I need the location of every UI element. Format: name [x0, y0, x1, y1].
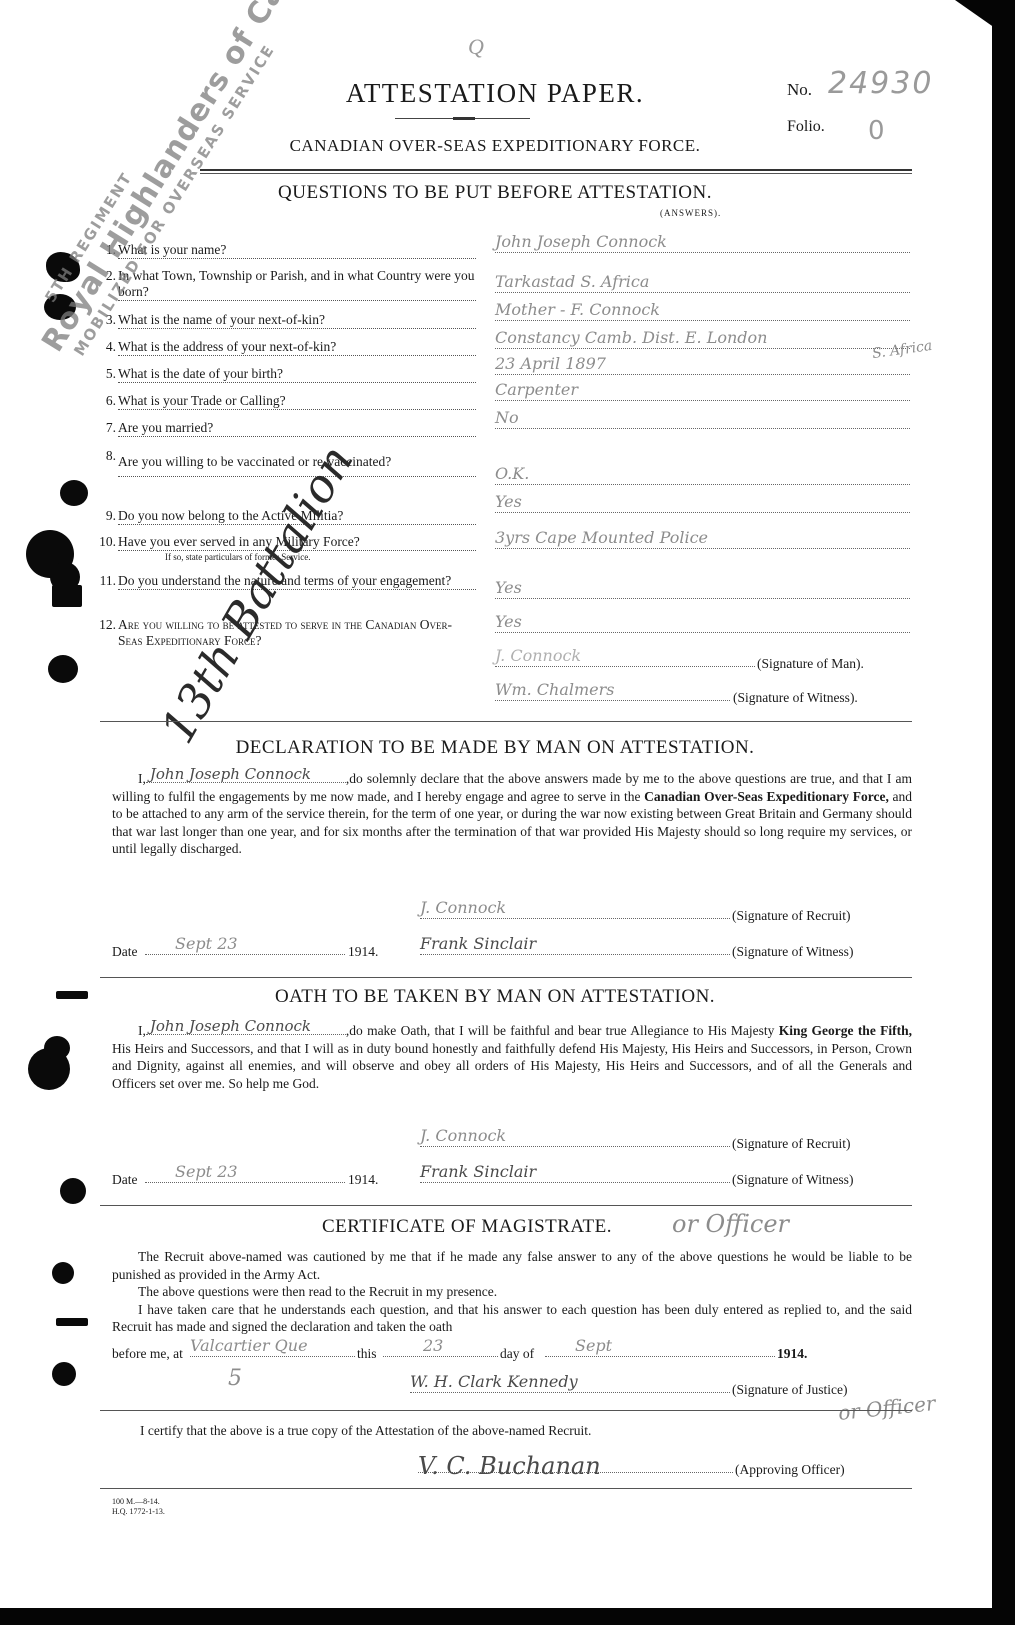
month-field[interactable]: Sept	[545, 1336, 775, 1357]
signature-of-witness-field[interactable]: Wm. Chalmers	[495, 680, 730, 701]
declaration-year: 1914.	[348, 944, 378, 960]
header-divider-thin	[200, 173, 912, 174]
declaration-section-title: DECLARATION TO BE MADE BY MAN ON ATTESTA…	[0, 737, 990, 759]
punch-hole	[46, 252, 80, 282]
answers-column-header: (ANSWERS).	[660, 208, 721, 218]
declaration-date-label: Date	[112, 944, 137, 960]
punch-hole	[44, 294, 76, 320]
day-field[interactable]: 23	[383, 1336, 498, 1357]
section-divider	[100, 977, 912, 978]
signature-of-man-field[interactable]: J. Connock	[495, 646, 755, 667]
certificate-year: 1914.	[777, 1346, 807, 1362]
punch-hole	[52, 1262, 74, 1284]
certificate-title-annotation: or Officer	[672, 1210, 789, 1238]
this-label: this	[357, 1346, 377, 1362]
declaration-date-field[interactable]: Sept 23	[145, 934, 345, 955]
certificate-section-title: CERTIFICATE OF MAGISTRATE.	[322, 1216, 612, 1238]
before-me-label: before me, at	[112, 1346, 183, 1362]
form-code: 100 M.—8-14. H.Q. 1772-1-13.	[112, 1497, 165, 1517]
oath-recruit-signature-field[interactable]: J. Connock	[420, 1126, 730, 1147]
header-divider	[200, 169, 912, 171]
corner-annotation: Q	[468, 34, 484, 60]
punch-hole	[60, 480, 88, 506]
answer-1-field[interactable]: John Joseph Connock	[495, 232, 910, 253]
answer-11-field[interactable]: Yes	[495, 578, 910, 599]
signature-of-witness-label: (Signature of Witness).	[733, 690, 858, 706]
declaration-witness-signature-field[interactable]: Frank Sinclair	[420, 934, 730, 955]
approving-officer-label: (Approving Officer)	[735, 1462, 845, 1478]
punch-hole	[48, 655, 78, 683]
justice-signature-label: (Signature of Justice)	[732, 1382, 847, 1398]
regimental-number: 24930	[828, 66, 933, 101]
answer-5-field[interactable]: 23 April 1897	[495, 354, 910, 375]
oath-year: 1914.	[348, 1172, 378, 1188]
answer-9-field[interactable]: Yes	[495, 492, 910, 513]
questions-section-title: QUESTIONS TO BE PUT BEFORE ATTESTATION.	[0, 182, 990, 204]
answer-8-field[interactable]: O.K.	[495, 464, 910, 485]
answer-2-field[interactable]: Tarkastad S. Africa	[495, 272, 910, 293]
answer-4-field[interactable]: Constancy Camb. Dist. E. London	[495, 328, 910, 349]
place-field[interactable]: Valcartier Que	[190, 1336, 355, 1357]
punch-hole	[52, 585, 82, 607]
declaration-witness-signature-label: (Signature of Witness)	[732, 944, 853, 960]
section-divider	[100, 1205, 912, 1206]
folio-value: 0	[868, 116, 885, 146]
oath-witness-signature-label: (Signature of Witness)	[732, 1172, 853, 1188]
signature-of-man-label: (Signature of Man).	[757, 656, 864, 672]
justice-annotation: or Officer	[837, 1391, 937, 1425]
scan-border-corner	[955, 0, 995, 28]
oath-date-label: Date	[112, 1172, 137, 1188]
punch-hole	[52, 1362, 76, 1386]
day-of-label: day of	[500, 1346, 534, 1362]
oath-witness-signature-field[interactable]: Frank Sinclair	[420, 1162, 730, 1183]
battalion-annotation: 13th Battalion	[150, 436, 364, 752]
declaration-text: I,John Joseph Connock,do solemnly declar…	[112, 768, 912, 858]
punch-hole	[56, 1318, 88, 1326]
answer-10-field[interactable]: 3yrs Cape Mounted Police	[495, 528, 910, 549]
certificate-text: The Recruit above-named was cautioned by…	[112, 1248, 912, 1336]
answer-6-field[interactable]: Carpenter	[495, 380, 910, 401]
question-10-note: If so, state particulars of former Servi…	[165, 552, 310, 562]
section-divider	[100, 1410, 912, 1411]
oath-section-title: OATH TO BE TAKEN BY MAN ON ATTESTATION.	[0, 986, 990, 1008]
declaration-recruit-signature-field[interactable]: J. Connock	[420, 898, 730, 919]
approving-officer-signature-field[interactable]: V. C. Buchanan	[418, 1452, 733, 1473]
footer-divider	[100, 1488, 912, 1489]
document-subtitle: CANADIAN OVER-SEAS EXPEDITIONARY FORCE.	[0, 136, 990, 156]
declaration-recruit-signature-label: (Signature of Recruit)	[732, 908, 850, 924]
declaration-name-field[interactable]: John Joseph Connock	[146, 768, 346, 783]
scan-border-right	[992, 0, 1015, 1625]
justice-signature-field[interactable]: W. H. Clark Kennedy	[410, 1372, 730, 1393]
punch-hole	[44, 1036, 70, 1060]
answer-12-field[interactable]: Yes	[495, 612, 910, 633]
oath-text: I,John Joseph Connock,do make Oath, that…	[112, 1020, 912, 1092]
scan-border-bottom	[0, 1608, 1015, 1625]
certify-text: I certify that the above is a true copy …	[140, 1423, 591, 1439]
oath-recruit-signature-label: (Signature of Recruit)	[732, 1136, 850, 1152]
oath-date-field[interactable]: Sept 23	[145, 1162, 345, 1183]
number-label: No.	[787, 80, 812, 100]
section-divider	[100, 721, 912, 722]
answer-3-field[interactable]: Mother - F. Connock	[495, 300, 910, 321]
oath-name-field[interactable]: John Joseph Connock	[146, 1020, 346, 1035]
folio-label: Folio.	[787, 118, 825, 136]
margin-mark: 5	[228, 1366, 242, 1391]
punch-hole	[60, 1178, 86, 1204]
title-rule-ornament	[453, 117, 475, 120]
answer-7-field[interactable]: No	[495, 408, 910, 429]
